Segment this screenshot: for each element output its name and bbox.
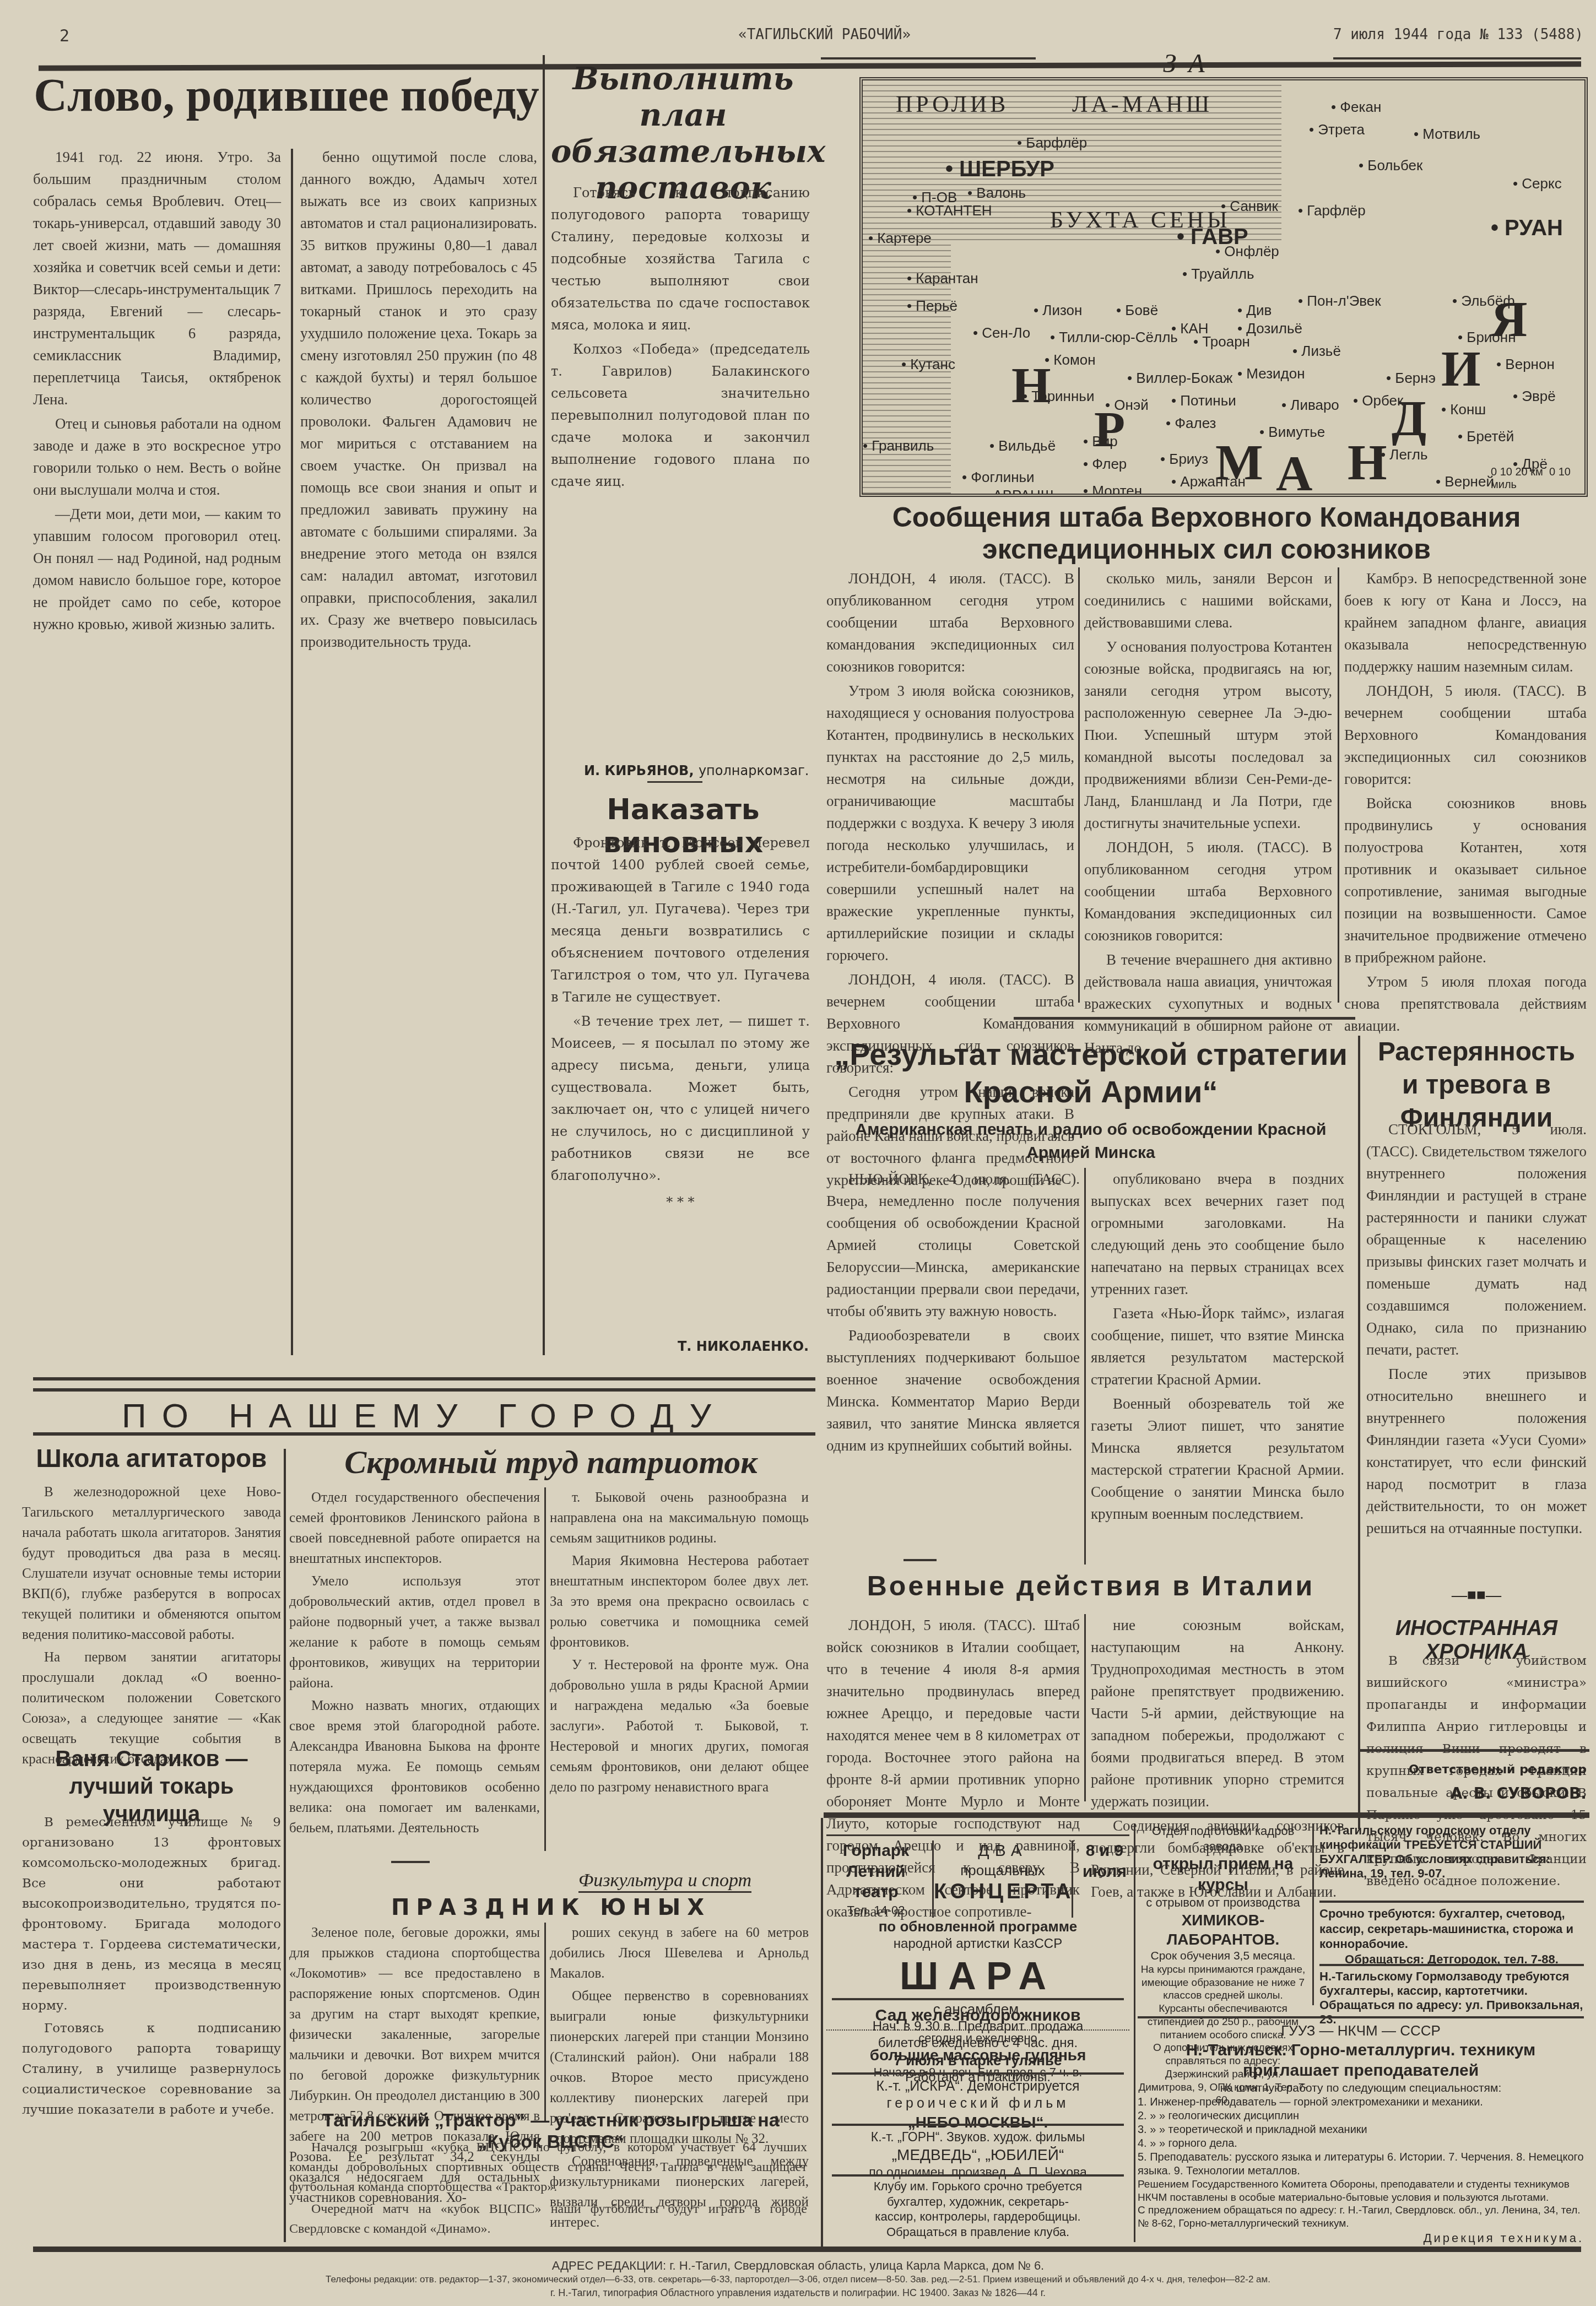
ad-line: героический фильм xyxy=(826,2095,1129,2112)
map-normandy: ПРОЛИВ ЛА-МАНШ БУХТА СЕНЫ • Барфлёр• ШЕР… xyxy=(859,77,1588,497)
paragraph: Камбрэ. В непосредственной зоне боев к ю… xyxy=(1344,567,1587,678)
paragraph: сколько миль, заняли Версон и соединилис… xyxy=(1084,567,1332,634)
paragraph: Утром 5 июля плохая погода снова препятс… xyxy=(1344,971,1587,1037)
map-place-label: • Картере xyxy=(868,230,932,247)
paragraph: ние союзным войскам, наступающим на Анко… xyxy=(1091,1614,1344,1812)
map-place-label: • Кутанс xyxy=(901,356,955,373)
map-place-label: • Барфлёр xyxy=(1017,134,1087,151)
article-title-sport: ПРАЗДНИК ЮНЫХ xyxy=(289,1895,813,1920)
paragraph: Умело используя этот добровольческий акт… xyxy=(289,1571,540,1693)
ad-subtitle: на штатную работу по следующим специальн… xyxy=(1138,2081,1584,2096)
ad-line: Тел. 14-02 xyxy=(826,1903,926,1918)
ad-line: бухгалтер, художник, секретарь- xyxy=(826,2194,1129,2210)
map-place-label: • Бернэ xyxy=(1386,370,1436,387)
section-rule xyxy=(1333,57,1581,59)
section-title-city: ПО НАШЕМУ ГОРОДУ xyxy=(33,1396,815,1436)
map-place-label: • СЕН-МАЛО xyxy=(868,496,955,497)
map-place-label: • Мезидон xyxy=(1237,365,1305,382)
ad-club: Клубу им. Горького срочно требуется бухг… xyxy=(826,2179,1129,2239)
map-place-label: • Вильдьё xyxy=(989,437,1056,454)
map-place-label: • Див xyxy=(1237,302,1272,319)
ad-rule xyxy=(826,1834,1129,1836)
footer-rule xyxy=(33,2247,1581,2252)
ad-line: по одноимен. произвед. А. П. Чехова xyxy=(826,2164,1129,2180)
nakazat-signature: Т. НИКОЛАЕНКО. xyxy=(678,1339,809,1354)
page-number: 2 xyxy=(59,26,69,46)
ad-note: Решением Государственного Комитета Оборо… xyxy=(1138,2178,1584,2205)
article-title-slovo: Слово, родившее победу xyxy=(33,69,540,122)
map-place-label: • Фалез xyxy=(1166,415,1216,432)
sea-label: ПРОЛИВ xyxy=(896,91,1009,118)
map-place-label: • Вимутье xyxy=(1259,424,1325,441)
article-title-school: Школа агитаторов xyxy=(22,1443,281,1473)
ad-list-item: 4. » » горного дела. xyxy=(1138,2137,1584,2151)
separator xyxy=(1358,1749,1589,1752)
map-place-label: • Этрета xyxy=(1309,121,1365,138)
map-place-label: • Больбек xyxy=(1359,157,1422,174)
ad-line: ШАРА xyxy=(826,1952,1129,2001)
paragraph: НЬЮ-ЙОРК, 4 июля. (ТАСС). Вчера, немедле… xyxy=(826,1168,1080,1322)
ad-rule xyxy=(1319,1964,1584,1966)
map-place-label: • РУАН xyxy=(1491,216,1563,241)
map-place-label: • Верней xyxy=(1436,473,1494,490)
map-place-label: • Потиньи xyxy=(1171,392,1236,409)
section-rule xyxy=(33,1377,815,1381)
map-place-label: • Дозильё xyxy=(1237,320,1302,337)
paragraph: Начался розыгрыш «кубка ВЦСПС» по футбол… xyxy=(289,2137,807,2197)
section-rule xyxy=(821,57,1036,59)
column-divider xyxy=(1084,1168,1086,1565)
paragraph: «В течение трех лет, — пишет т. Моисеев,… xyxy=(551,1010,810,1187)
article-title-rezultat: „Результат мастерской стратегии Красной … xyxy=(826,1036,1355,1111)
map-place-label: • КОТАНТЕН xyxy=(907,202,992,219)
ad-line: Срок обучения 3,5 месяца. xyxy=(1138,1949,1308,1963)
masthead: 2 «ТАГИЛЬСКИЙ РАБОЧИЙ» 7 июля 1944 года … xyxy=(0,17,1596,50)
map-place-label: • Лизон xyxy=(1034,302,1082,319)
region-letter: Н xyxy=(1011,356,1051,414)
paragraph: Военный обозреватель той же газеты Элиот… xyxy=(1091,1393,1344,1525)
paragraph: ЛОНДОН, 4 июля. (ТАСС). В опубликованном… xyxy=(826,567,1074,678)
column-divider xyxy=(291,149,293,1355)
ad-sign: Дирекция техникума. xyxy=(1138,2231,1584,2246)
paragraph: Утром 3 июля войска союзников, находящие… xyxy=(826,680,1074,966)
separator-stars: * * * xyxy=(551,1191,810,1213)
ad-rule xyxy=(1319,1901,1584,1903)
map-place-label: • Сен-Ло xyxy=(973,324,1030,342)
article-shtab-col3: Камбрэ. В непосредственной зоне боев к ю… xyxy=(1344,567,1587,1039)
map-place-label: • Бриуз xyxy=(1160,451,1208,468)
ad-line: Горпарк xyxy=(826,1841,926,1861)
map-place-label: • Легль xyxy=(1381,446,1427,463)
paper-name: «ТАГИЛЬСКИЙ РАБОЧИЙ» xyxy=(738,26,911,43)
column-divider xyxy=(821,1818,823,2248)
region-letter: Н xyxy=(1348,433,1387,491)
column-divider xyxy=(1312,1823,1314,2005)
paragraph: бенно ощутимой после слова, данного вожд… xyxy=(300,146,537,653)
ad-line: прощальных xyxy=(934,1861,1072,1880)
footer-phones: Телефоны редакции: отв. редактор—1-37, э… xyxy=(0,2274,1596,2285)
ad-line: Отдел подготовки кадров завода xyxy=(1138,1823,1308,1854)
separator xyxy=(647,781,702,783)
article-traktor-body: Начался розыгрыш «кубка ВЦСПС» по футбол… xyxy=(289,2137,807,2241)
article-slovo-col2: бенно ощутимой после слова, данного вожд… xyxy=(300,146,537,655)
map-place-label: • Ливаро xyxy=(1281,397,1339,414)
region-letter: И xyxy=(1441,339,1481,398)
ad-urgent: Срочно требуются: бухгалтер, счетовод, к… xyxy=(1319,1906,1584,1967)
sea-label: ЛА-МАНШ xyxy=(1072,91,1213,118)
ad-line: народной артистки КазССР xyxy=(826,1936,1129,1952)
column-divider xyxy=(1134,1823,1135,2242)
paragraph: опубликовано вчера в поздних выпусках вс… xyxy=(1091,1168,1344,1300)
ad-list-item: 5. Преподаватель: русского языка и литер… xyxy=(1138,2151,1584,2178)
paragraph: Отдел государственного обеспечения семей… xyxy=(289,1487,540,1569)
map-place-label: • Мортен xyxy=(1083,483,1142,497)
ad-list-item: 3. » » теоретической и прикладной механи… xyxy=(1138,2123,1584,2137)
paragraph: У основания полуострова Котантен союзные… xyxy=(1084,636,1332,834)
ad-header: ГУУЗ — НКЧМ — СССР xyxy=(1138,2022,1584,2040)
paragraph: —Дети мои, дети мои, — каким то упавшим … xyxy=(33,503,281,635)
article-rezultat-col1: НЬЮ-ЙОРК, 4 июля. (ТАСС). Вчера, немедле… xyxy=(826,1168,1080,1459)
map-place-label: • Фоглиньи xyxy=(962,469,1035,486)
editor-label: Ответственный редактор xyxy=(1366,1763,1587,1777)
article-vanya-body: В ремесленном училище № 9 организовано 1… xyxy=(22,1812,281,2123)
article-finland-body: СТОКГОЛЬМ, 5 июля. (ТАСС). Свидетельство… xyxy=(1366,1118,1587,1541)
map-place-label: • Санвик xyxy=(1221,198,1278,215)
region-letter: Р xyxy=(1094,400,1125,458)
paragraph: ЛОНДОН, 5 июля. (ТАСС). В вечернем сообщ… xyxy=(1344,680,1587,790)
article-title-italy: Военные действия в Италии xyxy=(826,1570,1355,1602)
section-rule xyxy=(33,1388,815,1392)
ad-line: К.-т. „ГОРН“. Звуков. худож. фильмы xyxy=(826,2129,1129,2145)
editor-block: Ответственный редактор А. В. СУВОРОВ. xyxy=(1366,1763,1587,1802)
signature-name: И. КИРЬЯНОВ, xyxy=(584,763,694,778)
paragraph: т. Быковой очень разнообразна и направле… xyxy=(550,1487,809,1549)
paragraph: В железнодорожной цехе Ново-Тагильского … xyxy=(22,1482,281,1645)
map-place-label: • Перьё xyxy=(907,297,957,315)
ad-line: июля xyxy=(1080,1861,1129,1882)
map-place-label: • Эврё xyxy=(1513,388,1556,405)
ad-list: 1. Инженер-преподаватель — горной электр… xyxy=(1138,2096,1584,2178)
ad-line: Обращаться в правление клуба. xyxy=(826,2224,1129,2240)
article-rezultat-col2: опубликовано вчера в поздних выпусках вс… xyxy=(1091,1168,1344,1527)
paragraph: СТОКГОЛЬМ, 5 июля. (ТАСС). Свидетельство… xyxy=(1366,1118,1587,1361)
article-title-shtab: Сообщения штаба Верховного Командования … xyxy=(826,501,1587,565)
paragraph: ЛОНДОН, 5 июля. (ТАСС). В опубликованном… xyxy=(1084,836,1332,946)
paragraph: Фронтовик т. Моисеев перевел почтой 1400… xyxy=(551,832,810,1008)
column-divider xyxy=(543,55,545,1355)
article-patriot-col1: Отдел государственного обеспечения семей… xyxy=(289,1487,540,1841)
map-place-label: • Серкс xyxy=(1513,175,1562,192)
separator: —■■— xyxy=(1366,1587,1587,1604)
region-letter: Я xyxy=(1491,290,1527,348)
map-place-label: • Бретёй xyxy=(1458,428,1514,445)
ad-gorn: К.-т. „ГОРН“. Звуков. худож. фильмы „МЕД… xyxy=(826,2129,1129,2180)
ad-line: ХИМИКОВ-ЛАБОРАНТОВ. xyxy=(1138,1910,1308,1949)
ad-line: открыл прием на курсы xyxy=(1138,1854,1308,1895)
map-place-label: • Карантан xyxy=(907,270,978,287)
region-letter: Д xyxy=(1392,389,1426,447)
paragraph: Отец и сыновья работали на одном заводе … xyxy=(33,413,281,501)
ad-line: кассир, контролеры, гардеробщицы. xyxy=(826,2209,1129,2224)
ad-line: На курсы принимаются граждане, имеющие о… xyxy=(1138,1963,1308,2002)
ad-line: Клубу им. Горького срочно требуется xyxy=(826,2179,1129,2194)
article-subtitle-rezultat: Американская печать и радио об освобожде… xyxy=(826,1118,1355,1165)
article-shtab-col2: сколько миль, заняли Версон и соединилис… xyxy=(1084,567,1332,1061)
rubric-sport: Физкультура и спорт xyxy=(578,1870,751,1893)
separator xyxy=(1014,1017,1355,1020)
ad-list-item: 1. Инженер-преподаватель — горной электр… xyxy=(1138,2096,1584,2109)
footer-printer: г. Н.-Тагил, типография Областного управ… xyxy=(0,2287,1596,2299)
map-place-label: • Конш xyxy=(1441,401,1486,418)
paragraph: В ремесленном училище № 9 организовано 1… xyxy=(22,1812,281,2016)
ad-line: ДВА xyxy=(934,1841,1072,1861)
editor-name: А. В. СУВОРОВ. xyxy=(1366,1784,1587,1802)
ad-garden: Сад железнодорожников сегодня и ежедневн… xyxy=(826,2005,1129,2080)
paragraph: Очередной матч на «кубок ВЦСПС» наши фут… xyxy=(289,2199,807,2239)
column-divider xyxy=(1078,567,1080,1003)
ad-line: К.-т. „ИСКРА“. Демонстрируется xyxy=(826,2078,1129,2095)
paragraph: Готовясь к подписанию полугодового рапор… xyxy=(22,2018,281,2120)
ad-title: Н.-Тагильск. Горно-металлургич. техникум… xyxy=(1138,2040,1584,2081)
region-letter: А xyxy=(1276,444,1312,497)
ad-line: Срочно требуются: бухгалтер, счетовод, к… xyxy=(1319,1906,1584,1952)
section-rule xyxy=(824,1812,1589,1818)
column-divider xyxy=(544,1487,546,1851)
plan-signature: И. КИРЬЯНОВ, уполнаркомзаг. xyxy=(584,763,809,778)
ad-technikum: ГУУЗ — НКЧМ — СССР Н.-Тагильск. Горно-ме… xyxy=(1138,2022,1584,2245)
map-place-label: • Гранвиль xyxy=(863,437,934,454)
ad-line: большие массовые гулянья xyxy=(826,2045,1129,2065)
column-divider xyxy=(284,1449,286,2242)
map-place-label: • Виллер-Бокаж xyxy=(1127,370,1232,387)
paragraph: Можно назвать многих, отдающих свое врем… xyxy=(289,1696,540,1838)
map-place-label: • Комон xyxy=(1045,351,1096,369)
article-nakazat-body: Фронтовик т. Моисеев перевел почтой 1400… xyxy=(551,832,810,1217)
map-place-label: • ГАВР xyxy=(1177,225,1248,250)
map-place-label: • Фекан xyxy=(1331,99,1381,116)
paragraph: Колхоз «Победа» (председатель т. Гаврило… xyxy=(551,338,810,492)
ad-line: с отрывом от производства xyxy=(1138,1895,1308,1910)
map-place-label: • Лизьё xyxy=(1292,343,1341,360)
paragraph: Мария Якимовна Нестерова работает внешта… xyxy=(550,1551,809,1653)
separator xyxy=(904,1559,937,1561)
ad-rule xyxy=(832,1998,1124,2000)
map-place-label: • Труайлль xyxy=(1182,266,1254,283)
map-place-label: • Пон-л'Эвек xyxy=(1298,293,1381,310)
column-divider xyxy=(1358,1036,1360,1829)
ad-line: КОНЦЕРТА xyxy=(934,1879,1072,1906)
article-title-patriot: Скромный труд патриоток xyxy=(289,1443,813,1481)
ad-line: сегодня и ежедневно xyxy=(826,2031,1129,2046)
column-divider xyxy=(1338,567,1339,1003)
ad-line: Летний театр xyxy=(826,1861,926,1903)
ad-rule xyxy=(832,2124,1124,2126)
ad-contact: С предложением обращаться по адресу: г. … xyxy=(1138,2204,1584,2231)
map-place-label: • АВРАНШ xyxy=(984,487,1054,497)
ad-kino-dept: Н.-Тагильскому городскому отделу кинофик… xyxy=(1319,1823,1584,1881)
footer-address: АДРЕС РЕДАКЦИИ: г. Н.-Тагил, Свердловска… xyxy=(0,2259,1596,2273)
paragraph: После этих призывов относительно внешнег… xyxy=(1366,1363,1587,1539)
issue-date: 7 июля 1944 года № 133 (5488) xyxy=(1333,26,1583,43)
ad-title: Сад железнодорожников xyxy=(826,2005,1129,2031)
article-plan-body: Готовясь к подписанию полугодового рапор… xyxy=(551,182,810,495)
column-divider xyxy=(1084,1614,1086,1801)
map-place-label: • Тилли-сюр-Сёлль xyxy=(1050,329,1178,346)
ad-rule xyxy=(832,2072,1124,2075)
signature-role: уполнаркомзаг. xyxy=(699,763,809,778)
map-place-label: • Бовё xyxy=(1116,302,1158,319)
map-place-label: • Гарфлёр xyxy=(1298,202,1366,219)
article-patriot-col2: т. Быковой очень разнообразна и направле… xyxy=(550,1487,809,1800)
ad-rule xyxy=(1138,2016,1584,2018)
ad-line: по обновленной программе xyxy=(826,1918,1129,1936)
paragraph: Готовясь к подписанию полугодового рапор… xyxy=(551,182,810,336)
map-place-label: • Валонь xyxy=(967,185,1026,202)
article-school-body: В железнодорожной цехе Ново-Тагильского … xyxy=(22,1482,281,1772)
ad-line: „МЕДВЕДЬ“, „ЮБИЛЕЙ“ xyxy=(826,2145,1129,2164)
article-slovo-col1: 1941 год. 22 июня. Утро. За большим праз… xyxy=(33,146,281,637)
ad-rule xyxy=(832,2174,1124,2177)
paragraph: Войска союзников вновь продвинулись у ос… xyxy=(1344,792,1587,968)
section-rule xyxy=(33,1432,815,1436)
ad-line: 8 и 9 xyxy=(1080,1841,1129,1861)
map-place-label: • Мотвиль xyxy=(1414,126,1480,143)
column-divider xyxy=(544,1923,546,2121)
paragraph: 1941 год. 22 июня. Утро. За большим праз… xyxy=(33,146,281,410)
ad-list-item: 2. » » геологических дисциплин xyxy=(1138,2109,1584,2123)
paragraph: Радиообозреватели в своих выступлениях п… xyxy=(826,1324,1080,1457)
paragraph: У т. Нестеровой на фронте муж. Она добро… xyxy=(550,1655,809,1798)
separator xyxy=(391,1861,430,1863)
map-place-label: • Вернон xyxy=(1496,356,1555,373)
paragraph: роших секунд в забеге на 60 метров добил… xyxy=(550,1923,809,1984)
map-place-label: • ШЕРБУР xyxy=(945,157,1054,182)
paragraph: Газета «Нью-Йорк таймс», излагая сообщен… xyxy=(1091,1302,1344,1390)
region-letter: М xyxy=(1215,433,1263,491)
map-scale: 0 10 20 км 0 10 миль xyxy=(1491,466,1584,491)
